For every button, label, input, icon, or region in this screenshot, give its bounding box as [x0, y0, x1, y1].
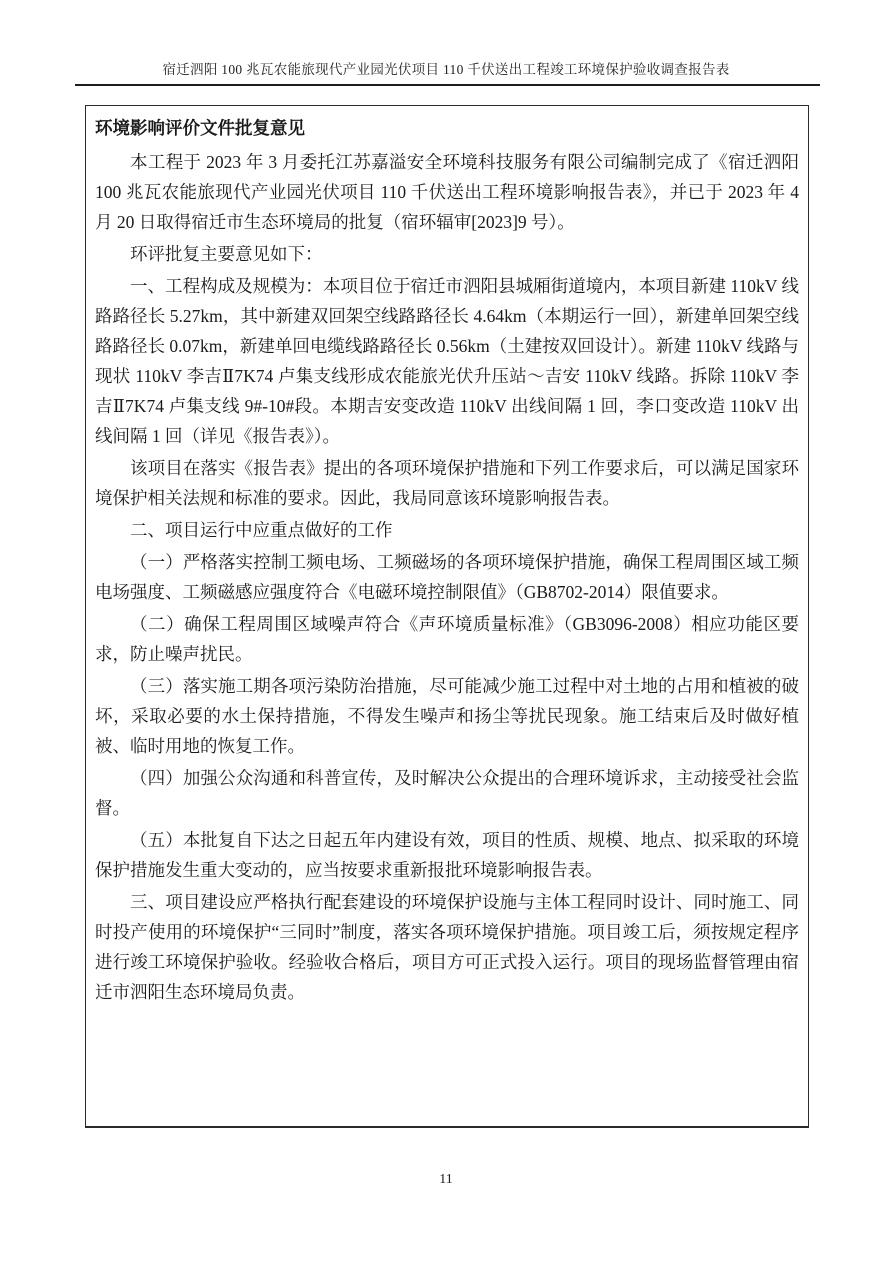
paragraph-approval: 该项目在落实《报告表》提出的各项环境保护措施和下列工作要求后，可以满足国家环境保…: [95, 453, 799, 513]
page-number: 11: [439, 1172, 452, 1187]
paragraph-item-2: （二）确保工程周围区域噪声符合《声环境质量标准》（GB3096-2008）相应功…: [95, 609, 799, 669]
document-page: 宿迁泗阳 100 兆瓦农能旅现代产业园光伏项目 110 千伏送出工程竣工环境保护…: [0, 0, 892, 1262]
paragraph-scope: 一、工程构成及规模为：本项目位于宿迁市泗阳县城厢街道境内，本项目新建 110kV…: [95, 271, 799, 451]
section-heading: 环境影响评价文件批复意见: [95, 114, 799, 142]
paragraph-item-1: （一）严格落实控制工频电场、工频磁场的各项环境保护措施，确保工程周围区域工频电场…: [95, 547, 799, 607]
paragraph-item-3: （三）落实施工期各项污染防治措施，尽可能减少施工过程中对土地的占用和植被的破坏，…: [95, 671, 799, 761]
paragraph-lead-in: 环评批复主要意见如下：: [95, 239, 799, 269]
paragraph-item-5: （五）本批复自下达之日起五年内建设有效，项目的性质、规模、地点、拟采取的环境保护…: [95, 825, 799, 885]
paragraph-three-simultaneous: 三、项目建设应严格执行配套建设的环境保护设施与主体工程同时设计、同时施工、同时投…: [95, 887, 799, 1007]
header-divider: [75, 84, 820, 86]
page-footer: 11: [0, 1172, 892, 1188]
paragraph-intro: 本工程于 2023 年 3 月委托江苏嘉溢安全环境科技服务有限公司编制完成了《宿…: [95, 147, 799, 237]
running-header-title: 宿迁泗阳 100 兆瓦农能旅现代产业园光伏项目 110 千伏送出工程竣工环境保护…: [0, 58, 892, 78]
paragraph-item-4: （四）加强公众沟通和科普宣传，及时解决公众提出的合理环境诉求，主动接受社会监督。: [95, 763, 799, 823]
paragraph-key-tasks: 二、项目运行中应重点做好的工作: [95, 515, 799, 545]
approval-opinion-box: 环境影响评价文件批复意见 本工程于 2023 年 3 月委托江苏嘉溢安全环境科技…: [85, 105, 809, 1128]
